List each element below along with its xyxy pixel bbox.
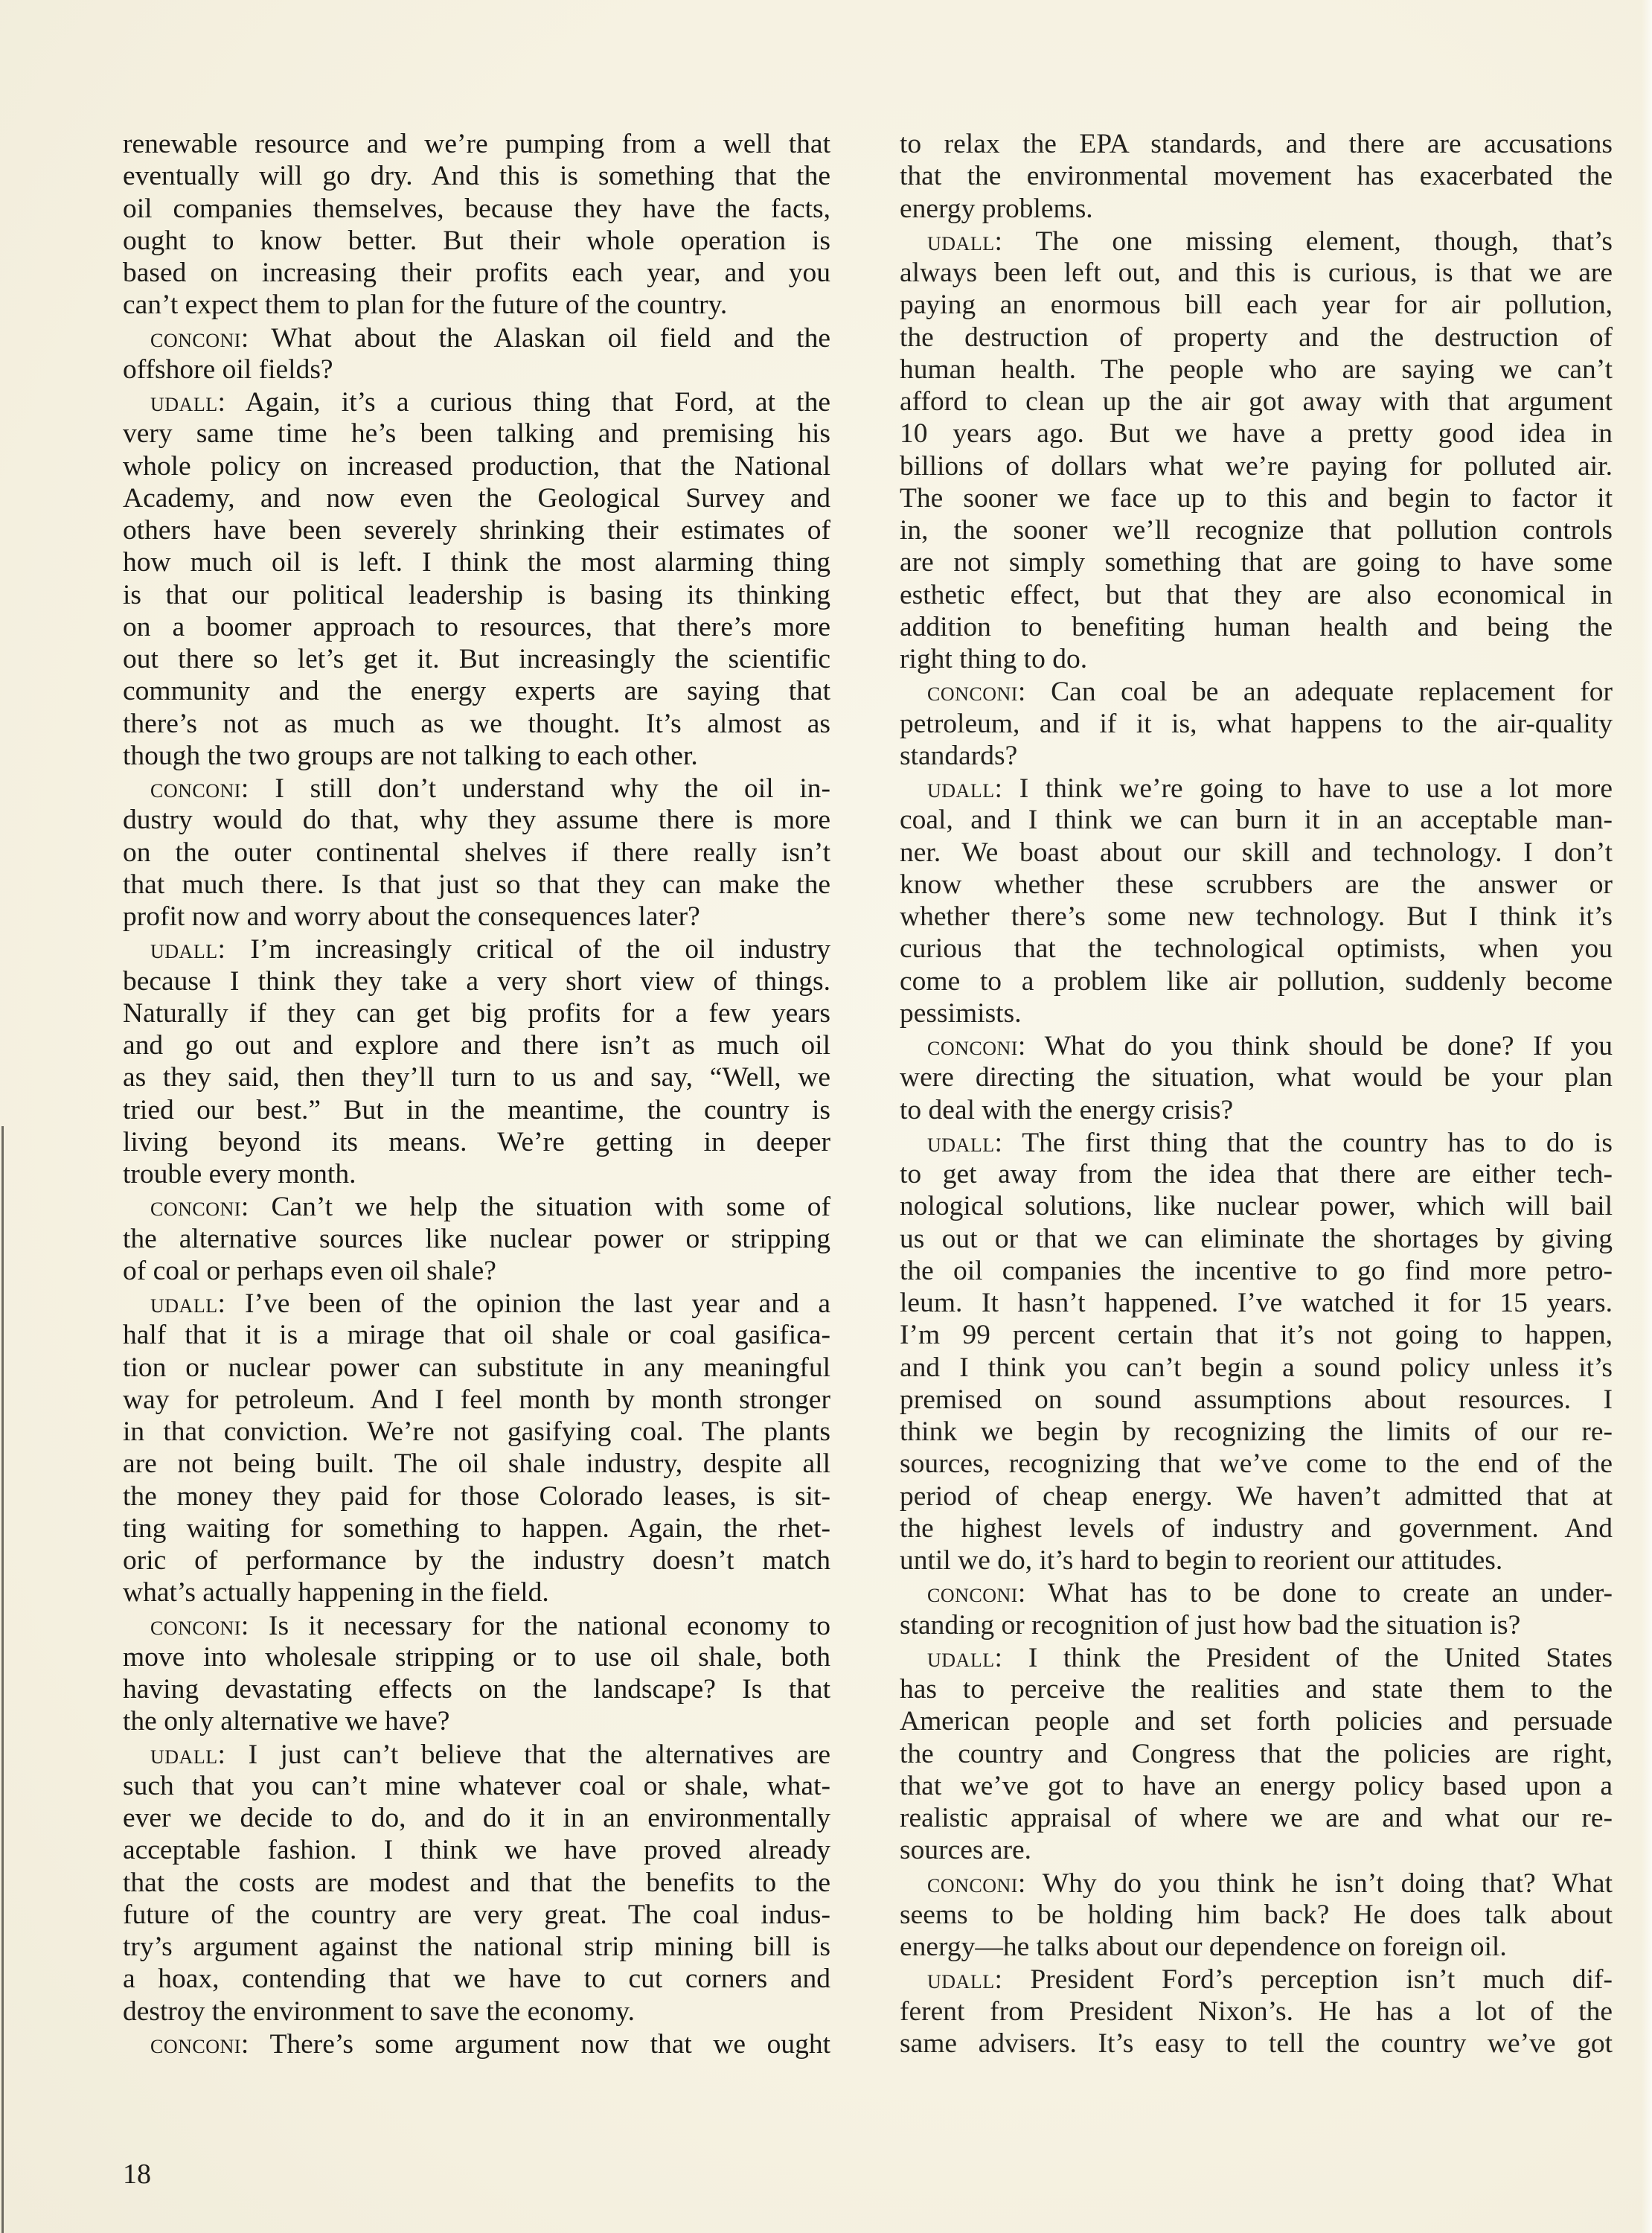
line-text: of coal or perhaps even oil shale? — [123, 1256, 496, 1286]
text-line: trouble every month. — [123, 1158, 830, 1190]
speaker-name: CONCONI: — [927, 1868, 1026, 1898]
text-line: addition to benefiting human health and … — [900, 611, 1613, 643]
speaker-name: UDALL: — [927, 1127, 1002, 1157]
line-text: can’t expect them to plan for the future… — [123, 290, 727, 320]
interview-paragraph: UDALL: I think the President of the Unit… — [900, 1641, 1613, 1867]
line-text: realistic appraisal of where we are and … — [900, 1803, 1613, 1833]
text-line: right thing to do. — [900, 643, 1613, 675]
text-line: there’s not as much as we thought. It’s … — [123, 708, 830, 740]
text-line: renewable resource and we’re pumping fro… — [123, 128, 830, 160]
text-line: CONCONI: Can’t we help the situation wit… — [123, 1190, 830, 1222]
text-line: CONCONI: What do you think should be don… — [900, 1029, 1613, 1061]
text-line: others have been severely shrinking thei… — [123, 514, 830, 546]
line-text: having devastating effects on the landsc… — [123, 1674, 830, 1705]
interview-paragraph: CONCONI: What about the Alaskan oil fiel… — [123, 322, 830, 386]
text-line: out there so let’s get it. But increasin… — [123, 643, 830, 675]
text-line: oric of performance by the industry does… — [123, 1544, 830, 1576]
text-column-right: to relax the EPA standards, and there ar… — [900, 128, 1613, 2060]
line-text: pessimists. — [900, 998, 1022, 1029]
line-text: curious that the technological optimists… — [900, 933, 1613, 964]
text-line: CONCONI: Why do you think he isn’t doing… — [900, 1867, 1613, 1899]
text-line: the country and Congress that the polici… — [900, 1738, 1613, 1770]
line-text: are not simply something that are going … — [900, 547, 1613, 578]
text-line: UDALL: I’ve been of the opinion the last… — [123, 1287, 830, 1319]
line-text: human health. The people who are saying … — [900, 354, 1613, 385]
line-text: to deal with the energy crisis? — [900, 1095, 1233, 1125]
text-line: sources are. — [900, 1834, 1613, 1866]
text-line: on a boomer approach to resources, that … — [123, 611, 830, 643]
speaker-name: UDALL: — [927, 1964, 1002, 1994]
line-text: profit now and worry about the consequen… — [123, 901, 700, 932]
interview-paragraph: UDALL: I’m increasingly critical of the … — [123, 933, 830, 1190]
line-text: that the costs are modest and that the b… — [123, 1868, 830, 1898]
line-text: right thing to do. — [900, 644, 1087, 674]
line-text: Academy, and now even the Geological Sur… — [123, 483, 830, 514]
line-text: offshore oil fields? — [123, 354, 333, 385]
line-text: destroy the environment to save the econ… — [123, 1996, 635, 2027]
text-line: realistic appraisal of where we are and … — [900, 1802, 1613, 1834]
text-line: tried our best.” But in the meantime, th… — [123, 1094, 830, 1126]
text-line: UDALL: The first thing that the country … — [900, 1126, 1613, 1158]
line-text: billions of dollars what we’re paying fo… — [900, 451, 1613, 482]
text-line: standing or recognition of just how bad … — [900, 1609, 1613, 1641]
text-line: way for petroleum. And I feel month by m… — [123, 1384, 830, 1416]
line-text: to get away from the idea that there are… — [900, 1159, 1613, 1189]
line-text: The one missing element, though, that’s — [1035, 226, 1613, 257]
text-line: UDALL: I think the President of the Unit… — [900, 1641, 1613, 1673]
line-text: Can coal be an adequate replacement for — [1051, 677, 1613, 707]
line-text: premised on sound assumptions about reso… — [900, 1384, 1613, 1415]
text-line: destroy the environment to save the econ… — [123, 1996, 830, 2028]
text-line: CONCONI: There’s some argument now that … — [123, 2028, 830, 2060]
interview-paragraph: UDALL: President Ford’s perception isn’t… — [900, 1963, 1613, 2060]
line-text: whole policy on increased production, th… — [123, 451, 830, 482]
text-line: future of the country are very great. Th… — [123, 1899, 830, 1931]
text-line: dustry would do that, why they assume th… — [123, 804, 830, 836]
text-line: oil companies themselves, because they h… — [123, 193, 830, 225]
line-text: tried our best.” But in the meantime, th… — [123, 1095, 830, 1125]
line-text: try’s argument against the national stri… — [123, 1932, 830, 1962]
line-text: the oil companies the incentive to go fi… — [900, 1256, 1613, 1286]
text-line: acceptable fashion. I think we have prov… — [123, 1834, 830, 1866]
line-text: whether there’s some new technology. But… — [900, 901, 1613, 932]
line-text: always been left out, and this is curiou… — [900, 258, 1613, 288]
line-text: ner. We boast about our skill and techno… — [900, 837, 1613, 868]
text-line: come to a problem like air pollution, su… — [900, 965, 1613, 997]
line-text: think we begin by recognizing the limits… — [900, 1416, 1613, 1447]
text-line: were directing the situation, what would… — [900, 1061, 1613, 1093]
interview-paragraph: UDALL: I just can’t believe that the alt… — [123, 1738, 830, 2028]
text-line: I’m 99 percent certain that it’s not goi… — [900, 1319, 1613, 1351]
text-line: The sooner we face up to this and begin … — [900, 482, 1613, 514]
text-line: UDALL: I’m increasingly critical of the … — [123, 933, 830, 965]
line-text: energy problems. — [900, 194, 1093, 224]
line-text: how much oil is left. I think the most a… — [123, 547, 830, 578]
text-line: the alternative sources like nuclear pow… — [123, 1223, 830, 1255]
text-line: coal, and I think we can burn it in an a… — [900, 804, 1613, 836]
line-text: addition to benefiting human health and … — [900, 612, 1613, 642]
line-text: 10 years ago. But we have a pretty good … — [900, 418, 1613, 449]
line-text: oil companies themselves, because they h… — [123, 194, 830, 224]
text-line: ner. We boast about our skill and techno… — [900, 837, 1613, 869]
interview-paragraph: renewable resource and we’re pumping fro… — [123, 128, 830, 322]
text-line: whether there’s some new technology. But… — [900, 901, 1613, 933]
line-text: are not being built. The oil shale indus… — [123, 1448, 830, 1479]
text-line: that we’ve got to have an energy policy … — [900, 1770, 1613, 1802]
page-right-edge — [1642, 0, 1652, 2233]
line-text: is that our political leadership is basi… — [123, 580, 830, 610]
line-text: There’s some argument now that we ought — [270, 2029, 831, 2060]
line-text: energy—he talks about our dependence on … — [900, 1932, 1507, 1962]
text-line: always been left out, and this is curiou… — [900, 257, 1613, 289]
text-line: curious that the technological optimists… — [900, 933, 1613, 965]
line-text: living beyond its means. We’re getting i… — [123, 1127, 830, 1157]
text-line: paying an enormous bill each year for ai… — [900, 289, 1613, 321]
text-line: has to perceive the realities and state … — [900, 1673, 1613, 1705]
speaker-name: UDALL: — [927, 226, 1002, 256]
line-text: The first thing that the country has to … — [1022, 1128, 1613, 1158]
text-line: the money they paid for those Colorado l… — [123, 1480, 830, 1512]
line-text: move into wholesale stripping or to use … — [123, 1642, 830, 1673]
text-line: of coal or perhaps even oil shale? — [123, 1255, 830, 1287]
speaker-name: CONCONI: — [150, 1191, 249, 1221]
text-line: in, the sooner we’ll recognize that poll… — [900, 514, 1613, 546]
text-line: until we do, it’s hard to begin to reori… — [900, 1544, 1613, 1576]
line-text: Can’t we help the situation with some of — [271, 1192, 830, 1222]
line-text: and go out and explore and there isn’t a… — [123, 1030, 830, 1061]
line-text: in that conviction. We’re not gasifying … — [123, 1416, 830, 1447]
text-line: living beyond its means. We’re getting i… — [123, 1126, 830, 1158]
text-line: very same time he’s been talking and pre… — [123, 418, 830, 450]
text-line: human health. The people who are saying … — [900, 354, 1613, 386]
text-line: based on increasing their profits each y… — [123, 257, 830, 289]
line-text: the country and Congress that the polici… — [900, 1739, 1613, 1769]
text-line: what’s actually happening in the field. — [123, 1576, 830, 1609]
text-line: same advisers. It’s easy to tell the cou… — [900, 2028, 1613, 2060]
text-line: CONCONI: What has to be done to create a… — [900, 1576, 1613, 1609]
line-text: out there so let’s get it. But increasin… — [123, 644, 830, 674]
line-text: The sooner we face up to this and begin … — [900, 483, 1613, 514]
text-line: petroleum, and if it is, what happens to… — [900, 708, 1613, 740]
interview-paragraph: CONCONI: There’s some argument now that … — [123, 2028, 830, 2060]
text-line: how much oil is left. I think the most a… — [123, 546, 830, 578]
line-text: President Ford’s perception isn’t much d… — [1030, 1964, 1613, 1995]
text-line: offshore oil fields? — [123, 354, 830, 386]
text-line: UDALL: President Ford’s perception isn’t… — [900, 1963, 1613, 1995]
text-line: can’t expect them to plan for the future… — [123, 289, 830, 321]
text-line: UDALL: Again, it’s a curious thing that … — [123, 386, 830, 418]
text-line: Academy, and now even the Geological Sur… — [123, 482, 830, 514]
line-text: though the two groups are not talking to… — [123, 741, 698, 771]
text-line: premised on sound assumptions about reso… — [900, 1384, 1613, 1416]
text-line: think we begin by recognizing the limits… — [900, 1416, 1613, 1448]
text-line: know whether these scrubbers are the ans… — [900, 869, 1613, 901]
line-text: oric of performance by the industry does… — [123, 1545, 830, 1576]
speaker-name: UDALL: — [150, 933, 225, 964]
interview-paragraph: UDALL: The one missing element, though, … — [900, 225, 1613, 676]
speaker-name: UDALL: — [150, 386, 225, 417]
speaker-name: CONCONI: — [927, 1030, 1026, 1061]
line-text: because I think they take a very short v… — [123, 966, 830, 997]
speaker-name: UDALL: — [927, 1642, 1002, 1673]
text-line: are not simply something that are going … — [900, 546, 1613, 578]
line-text: way for petroleum. And I feel month by m… — [123, 1384, 830, 1415]
line-text: esthetic effect, but that they are also … — [900, 580, 1613, 610]
text-line: billions of dollars what we’re paying fo… — [900, 450, 1613, 482]
line-text: the only alternative we have? — [123, 1706, 449, 1737]
line-text: a hoax, contending that we have to cut c… — [123, 1964, 830, 1994]
text-line: energy—he talks about our dependence on … — [900, 1931, 1613, 1963]
line-text: the highest levels of industry and gover… — [900, 1513, 1613, 1544]
speaker-name: UDALL: — [927, 773, 1002, 803]
interview-paragraph: CONCONI: Why do you think he isn’t doing… — [900, 1867, 1613, 1964]
text-line: UDALL: I just can’t believe that the alt… — [123, 1738, 830, 1770]
text-line: afford to clean up the air got away with… — [900, 386, 1613, 418]
line-text: half that it is a mirage that oil shale … — [123, 1320, 830, 1350]
text-line: to deal with the energy crisis? — [900, 1094, 1613, 1126]
interview-paragraph: to relax the EPA standards, and there ar… — [900, 128, 1613, 225]
line-text: ever we decide to do, and do it in an en… — [123, 1803, 830, 1833]
text-line: leum. It hasn’t happened. I’ve watched i… — [900, 1287, 1613, 1319]
text-line: profit now and worry about the consequen… — [123, 901, 830, 933]
line-text: the alternative sources like nuclear pow… — [123, 1224, 830, 1254]
text-line: and go out and explore and there isn’t a… — [123, 1029, 830, 1061]
line-text: I still don’t understand why the oil in- — [275, 773, 830, 804]
text-line: to relax the EPA standards, and there ar… — [900, 128, 1613, 160]
text-line: as they said, then they’ll turn to us an… — [123, 1061, 830, 1093]
line-text: based on increasing their profits each y… — [123, 258, 830, 288]
interview-paragraph: CONCONI: What do you think should be don… — [900, 1029, 1613, 1126]
line-text: the destruction of property and the dest… — [900, 322, 1613, 353]
line-text: dustry would do that, why they assume th… — [123, 805, 830, 835]
line-text: what’s actually happening in the field. — [123, 1577, 549, 1608]
text-line: half that it is a mirage that oil shale … — [123, 1319, 830, 1351]
page-number: 18 — [123, 2159, 151, 2191]
text-line: period of cheap energy. We haven’t admit… — [900, 1480, 1613, 1512]
line-text: What has to be done to create an under- — [1048, 1578, 1613, 1609]
line-text: and I think you can’t begin a sound poli… — [900, 1352, 1613, 1383]
text-line: CONCONI: I still don’t understand why th… — [123, 772, 830, 804]
line-text: I’m 99 percent certain that it’s not goi… — [900, 1320, 1613, 1350]
text-line: standards? — [900, 740, 1613, 772]
interview-paragraph: UDALL: I’ve been of the opinion the last… — [123, 1287, 830, 1609]
text-line: 10 years ago. But we have a pretty good … — [900, 418, 1613, 450]
speaker-name: CONCONI: — [150, 322, 249, 353]
line-text: future of the country are very great. Th… — [123, 1900, 830, 1930]
line-text: leum. It hasn’t happened. I’ve watched i… — [900, 1288, 1613, 1318]
line-text: until we do, it’s hard to begin to reori… — [900, 1545, 1502, 1576]
text-line: though the two groups are not talking to… — [123, 740, 830, 772]
text-line: Naturally if they can get big profits fo… — [123, 997, 830, 1029]
text-line: ferent from President Nixon’s. He has a … — [900, 1996, 1613, 2028]
text-line: to get away from the idea that there are… — [900, 1158, 1613, 1190]
line-text: sources are. — [900, 1835, 1031, 1865]
speaker-name: CONCONI: — [150, 2028, 249, 2059]
text-line: CONCONI: Can coal be an adequate replace… — [900, 675, 1613, 707]
line-text: Naturally if they can get big profits fo… — [123, 998, 830, 1029]
line-text: petroleum, and if it is, what happens to… — [900, 709, 1613, 739]
text-line: community and the energy experts are say… — [123, 675, 830, 707]
text-line: a hoax, contending that we have to cut c… — [123, 1963, 830, 1995]
line-text: there’s not as much as we thought. It’s … — [123, 709, 830, 739]
text-line: because I think they take a very short v… — [123, 965, 830, 997]
line-text: ting waiting for something to happen. Ag… — [123, 1513, 830, 1544]
text-line: UDALL: I think we’re going to have to us… — [900, 772, 1613, 804]
text-line: ought to know better. But their whole op… — [123, 225, 830, 257]
line-text: renewable resource and we’re pumping fro… — [123, 129, 830, 159]
line-text: us out or that we can eliminate the shor… — [900, 1224, 1613, 1254]
text-line: UDALL: The one missing element, though, … — [900, 225, 1613, 257]
speaker-name: CONCONI: — [150, 773, 249, 803]
line-text: the money they paid for those Colorado l… — [123, 1481, 830, 1512]
text-line: CONCONI: Is it necessary for the nationa… — [123, 1609, 830, 1641]
line-text: Is it necessary for the national economy… — [269, 1611, 830, 1641]
line-text: others have been severely shrinking thei… — [123, 515, 830, 546]
line-text: period of cheap energy. We haven’t admit… — [900, 1481, 1613, 1512]
interview-paragraph: CONCONI: Can coal be an adequate replace… — [900, 675, 1613, 772]
line-text: paying an enormous bill each year for ai… — [900, 290, 1613, 320]
line-text: Why do you think he isn’t doing that? Wh… — [1043, 1868, 1613, 1899]
interview-paragraph: CONCONI: I still don’t understand why th… — [123, 772, 830, 933]
text-line: the oil companies the incentive to go fi… — [900, 1255, 1613, 1287]
text-line: the destruction of property and the dest… — [900, 322, 1613, 354]
text-line: energy problems. — [900, 193, 1613, 225]
text-line: us out or that we can eliminate the shor… — [900, 1223, 1613, 1255]
line-text: on a boomer approach to resources, that … — [123, 612, 830, 642]
line-text: has to perceive the realities and state … — [900, 1674, 1613, 1705]
text-line: ting waiting for something to happen. Ag… — [123, 1512, 830, 1544]
magazine-page: renewable resource and we’re pumping fro… — [0, 0, 1652, 2233]
text-line: that much there. Is that just so that th… — [123, 869, 830, 901]
speaker-name: CONCONI: — [927, 676, 1026, 706]
line-text: that the environmental movement has exac… — [900, 161, 1613, 191]
line-text: afford to clean up the air got away with… — [900, 386, 1613, 417]
line-text: ferent from President Nixon’s. He has a … — [900, 1996, 1613, 2027]
line-text: coal, and I think we can burn it in an a… — [900, 805, 1613, 835]
text-line: tion or nuclear power can substitute in … — [123, 1352, 830, 1384]
line-text: same advisers. It’s easy to tell the cou… — [900, 2028, 1613, 2059]
text-line: are not being built. The oil shale indus… — [123, 1448, 830, 1480]
text-line: pessimists. — [900, 997, 1613, 1029]
line-text: standing or recognition of just how bad … — [900, 1610, 1520, 1641]
text-line: having devastating effects on the landsc… — [123, 1673, 830, 1705]
text-line: and I think you can’t begin a sound poli… — [900, 1352, 1613, 1384]
line-text: American people and set forth policies a… — [900, 1706, 1613, 1737]
text-line: the highest levels of industry and gover… — [900, 1512, 1613, 1544]
speaker-name: UDALL: — [150, 1739, 225, 1769]
text-column-left: renewable resource and we’re pumping fro… — [123, 128, 830, 2060]
line-text: very same time he’s been talking and pre… — [123, 418, 830, 449]
text-line: sources, recognizing that we’ve come to … — [900, 1448, 1613, 1480]
line-text: seems to be holding him back? He does ta… — [900, 1900, 1613, 1930]
speaker-name: UDALL: — [150, 1288, 225, 1318]
text-line: eventually will go dry. And this is some… — [123, 160, 830, 192]
line-text: Again, it’s a curious thing that Ford, a… — [246, 387, 830, 418]
line-text: trouble every month. — [123, 1159, 356, 1189]
text-line: American people and set forth policies a… — [900, 1705, 1613, 1737]
line-text: come to a problem like air pollution, su… — [900, 966, 1613, 997]
line-text: on the outer continental shelves if ther… — [123, 837, 830, 868]
line-text: ought to know better. But their whole op… — [123, 226, 830, 256]
interview-paragraph: UDALL: I think we’re going to have to us… — [900, 772, 1613, 1029]
line-text: in, the sooner we’ll recognize that poll… — [900, 515, 1613, 546]
line-text: were directing the situation, what would… — [900, 1062, 1613, 1093]
interview-paragraph: UDALL: The first thing that the country … — [900, 1126, 1613, 1577]
line-text: tion or nuclear power can substitute in … — [123, 1352, 830, 1383]
interview-paragraph: CONCONI: Is it necessary for the nationa… — [123, 1609, 830, 1738]
text-line: move into wholesale stripping or to use … — [123, 1641, 830, 1673]
line-text: I think the President of the United Stat… — [1028, 1643, 1613, 1673]
text-line: nological solutions, like nuclear power,… — [900, 1190, 1613, 1222]
line-text: What about the Alaskan oil field and the — [271, 323, 830, 354]
line-text: acceptable fashion. I think we have prov… — [123, 1835, 830, 1865]
text-line: try’s argument against the national stri… — [123, 1931, 830, 1963]
text-line: in that conviction. We’re not gasifying … — [123, 1416, 830, 1448]
text-line: CONCONI: What about the Alaskan oil fiel… — [123, 322, 830, 354]
interview-paragraph: UDALL: Again, it’s a curious thing that … — [123, 386, 830, 772]
interview-paragraph: CONCONI: Can’t we help the situation wit… — [123, 1190, 830, 1287]
line-text: such that you can’t mine whatever coal o… — [123, 1771, 830, 1801]
text-line: esthetic effect, but that they are also … — [900, 579, 1613, 611]
text-line: is that our political leadership is basi… — [123, 579, 830, 611]
interview-paragraph: CONCONI: What has to be done to create a… — [900, 1576, 1613, 1641]
line-text: as they said, then they’ll turn to us an… — [123, 1062, 830, 1093]
line-text: know whether these scrubbers are the ans… — [900, 869, 1613, 900]
speaker-name: CONCONI: — [150, 1610, 249, 1641]
line-text: standards? — [900, 741, 1017, 771]
line-text: I think we’re going to have to use a lot… — [1019, 773, 1613, 804]
text-line: whole policy on increased production, th… — [123, 450, 830, 482]
page-binding-edge — [1, 1126, 4, 2233]
line-text: to relax the EPA standards, and there ar… — [900, 129, 1613, 159]
line-text: sources, recognizing that we’ve come to … — [900, 1448, 1613, 1479]
line-text: I just can’t believe that the alternativ… — [249, 1740, 830, 1770]
line-text: community and the energy experts are say… — [123, 676, 830, 706]
speaker-name: CONCONI: — [927, 1577, 1026, 1608]
line-text: nological solutions, like nuclear power,… — [900, 1191, 1613, 1221]
text-line: such that you can’t mine whatever coal o… — [123, 1770, 830, 1802]
line-text: I’m increasingly critical of the oil ind… — [250, 934, 830, 965]
line-text: that much there. Is that just so that th… — [123, 869, 830, 900]
line-text: eventually will go dry. And this is some… — [123, 161, 830, 191]
line-text: What do you think should be done? If you — [1045, 1031, 1613, 1061]
line-text: that we’ve got to have an energy policy … — [900, 1771, 1613, 1801]
text-line: seems to be holding him back? He does ta… — [900, 1899, 1613, 1931]
text-line: that the costs are modest and that the b… — [123, 1867, 830, 1899]
text-line: ever we decide to do, and do it in an en… — [123, 1802, 830, 1834]
text-line: that the environmental movement has exac… — [900, 160, 1613, 192]
line-text: I’ve been of the opinion the last year a… — [245, 1288, 830, 1319]
text-line: on the outer continental shelves if ther… — [123, 837, 830, 869]
text-line: the only alternative we have? — [123, 1705, 830, 1737]
